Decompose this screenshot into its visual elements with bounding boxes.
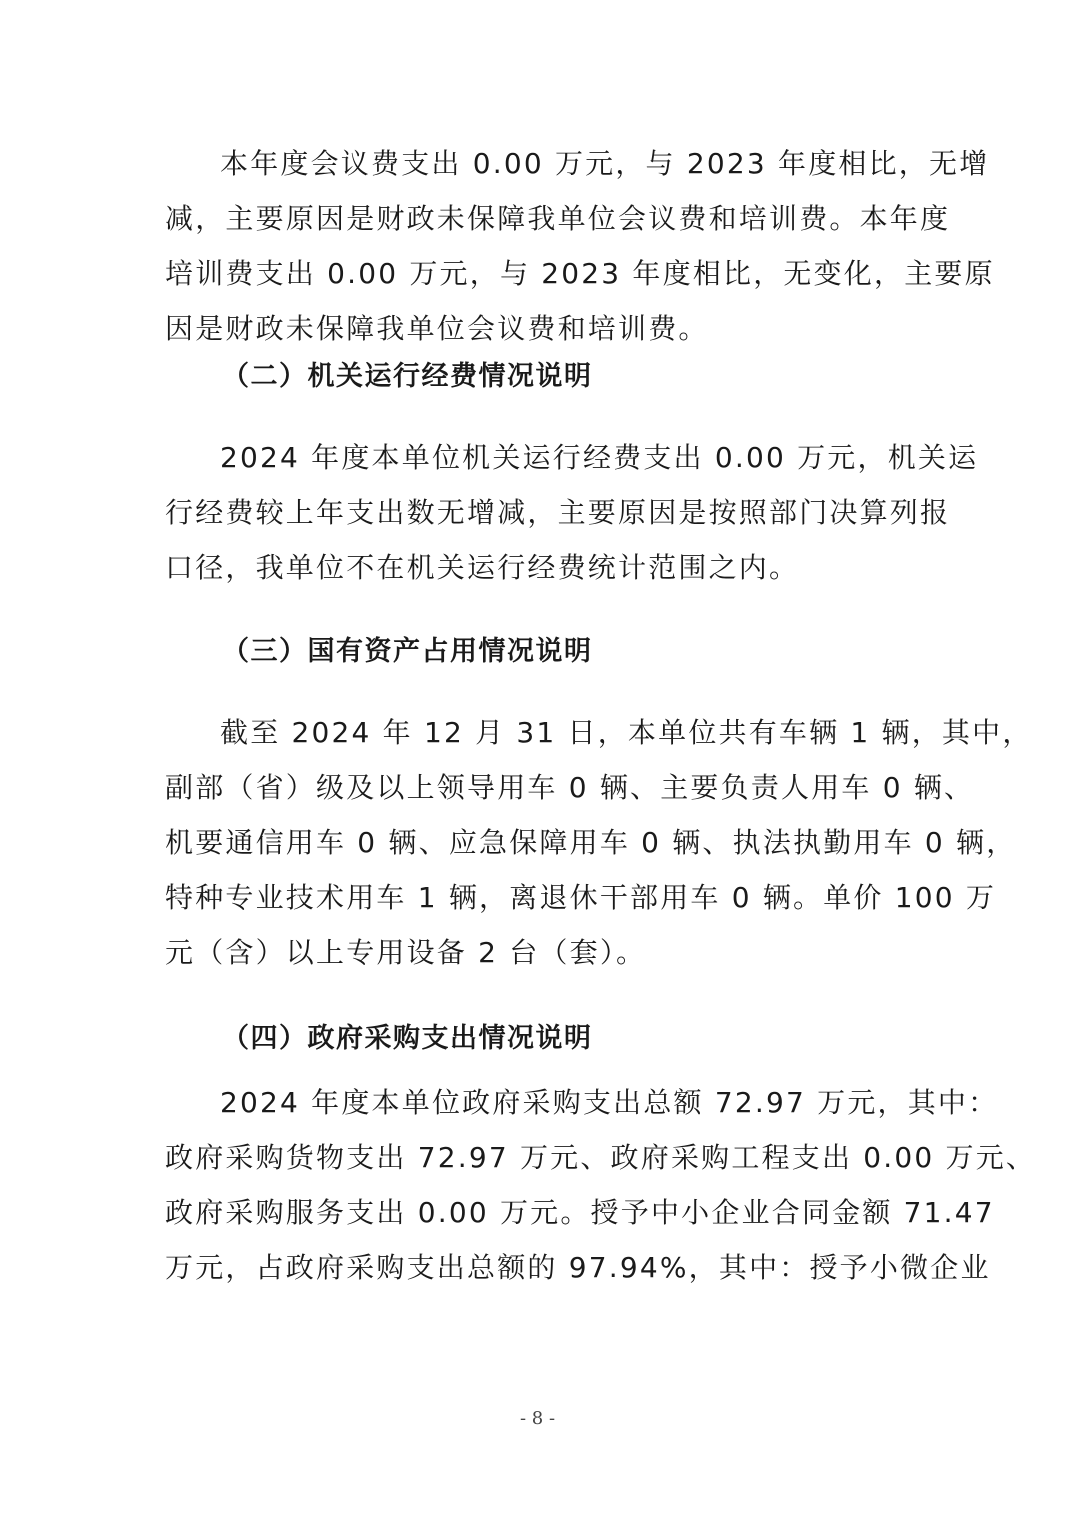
paragraph-line: 政府采购服务支出 0.00 万元。授予中小企业合同金额 71.47 xyxy=(165,1195,913,1231)
paragraph-line: 政府采购货物支出 72.97 万元、政府采购工程支出 0.00 万元、 xyxy=(165,1140,913,1176)
document-page: 本年度会议费支出 0.00 万元，与 2023 年度相比，无增 减，主要原因是财… xyxy=(0,0,1075,1520)
paragraph-line: 2024 年度本单位机关运行经费支出 0.00 万元，机关运 xyxy=(220,440,913,476)
paragraph-line: 因是财政未保障我单位会议费和培训费。 xyxy=(165,311,913,347)
paragraph-line: 特种专业技术用车 1 辆，离退休干部用车 0 辆。单价 100 万 xyxy=(165,880,913,916)
paragraph-line: 机要通信用车 0 辆、应急保障用车 0 辆、执法执勤用车 0 辆， xyxy=(165,825,913,861)
section-heading: （四）政府采购支出情况说明 xyxy=(222,1021,593,1057)
paragraph-line: 口径，我单位不在机关运行经费统计范围之内。 xyxy=(165,550,913,586)
paragraph-line: 行经费较上年支出数无增减，主要原因是按照部门决算列报 xyxy=(165,495,913,531)
section-heading: （二）机关运行经费情况说明 xyxy=(222,359,593,395)
section-heading: （三）国有资产占用情况说明 xyxy=(222,634,593,670)
page-number: - 8 - xyxy=(0,1408,1075,1429)
paragraph-line: 副部（省）级及以上领导用车 0 辆、主要负责人用车 0 辆、 xyxy=(165,770,913,806)
paragraph-line: 万元，占政府采购支出总额的 97.94%，其中：授予小微企业 xyxy=(165,1250,913,1286)
paragraph-line: 2024 年度本单位政府采购支出总额 72.97 万元，其中： xyxy=(220,1085,913,1121)
paragraph-line: 减，主要原因是财政未保障我单位会议费和培训费。本年度 xyxy=(165,201,913,237)
paragraph-line: 本年度会议费支出 0.00 万元，与 2023 年度相比，无增 xyxy=(220,146,913,182)
paragraph-line: 培训费支出 0.00 万元，与 2023 年度相比，无变化，主要原 xyxy=(165,256,913,292)
paragraph-line: 截至 2024 年 12 月 31 日，本单位共有车辆 1 辆，其中， xyxy=(220,715,913,751)
paragraph-line: 元（含）以上专用设备 2 台（套）。 xyxy=(165,935,913,971)
